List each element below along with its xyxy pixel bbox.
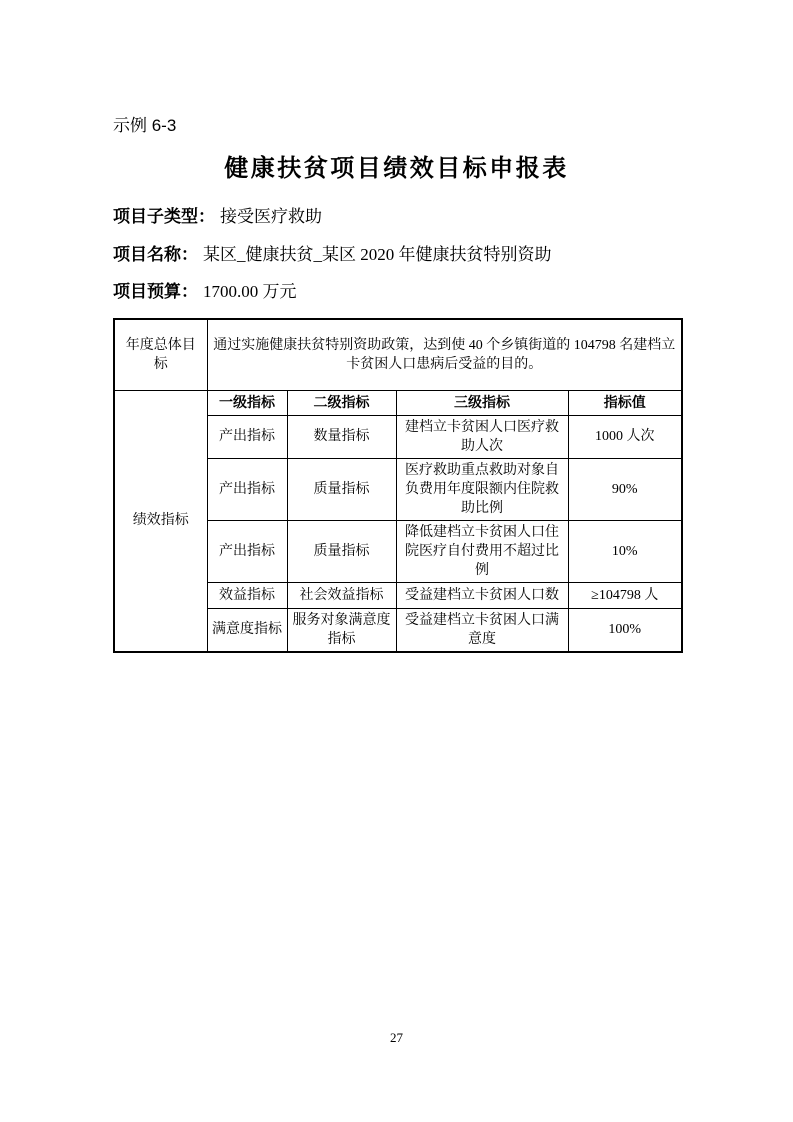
- field-project-name: 项目名称：某区_健康扶贫_某区 2020 年健康扶贫特别资助: [113, 244, 552, 266]
- level1-cell: 满意度指标: [207, 608, 287, 652]
- field-project-subtype: 项目子类型：接受医疗救助: [113, 206, 322, 228]
- annual-goal-label-cell: 年度总体目标: [114, 319, 207, 390]
- level1-cell: 效益指标: [207, 582, 287, 608]
- field-project-subtype-value: 接受医疗救助: [220, 207, 322, 226]
- level2-cell: 社会效益指标: [287, 582, 396, 608]
- level3-cell: 降低建档立卡贫困人口住院医疗自付费用不超过比例: [396, 520, 568, 582]
- performance-target-table: 年度总体目标 通过实施健康扶贫特别资助政策，达到使 40 个乡镇街道的 1047…: [113, 318, 683, 653]
- header-level1: 一级指标: [207, 390, 287, 415]
- level3-cell: 受益建档立卡贫困人口数: [396, 582, 568, 608]
- level2-cell: 质量指标: [287, 458, 396, 520]
- header-value: 指标值: [568, 390, 682, 415]
- header-level3: 三级指标: [396, 390, 568, 415]
- indicator-value-cell: 100%: [568, 608, 682, 652]
- indicator-header-row: 绩效指标 一级指标 二级指标 三级指标 指标值: [114, 390, 682, 415]
- page-title: 健康扶贫项目绩效目标申报表: [0, 154, 793, 184]
- level2-cell: 服务对象满意度指标: [287, 608, 396, 652]
- field-project-budget: 项目预算：1700.00 万元: [113, 281, 297, 303]
- field-project-name-label: 项目名称：: [113, 245, 198, 264]
- level3-cell: 医疗救助重点救助对象自负费用年度限额内住院救助比例: [396, 458, 568, 520]
- indicator-value-cell: ≥104798 人: [568, 582, 682, 608]
- indicator-value-cell: 90%: [568, 458, 682, 520]
- level3-cell: 建档立卡贫困人口医疗救助人次: [396, 415, 568, 458]
- level1-cell: 产出指标: [207, 458, 287, 520]
- indicator-value-cell: 10%: [568, 520, 682, 582]
- example-label: 示例 6-3: [113, 115, 176, 137]
- performance-indicator-label-cell: 绩效指标: [114, 390, 207, 652]
- document-page: 示例 6-3 健康扶贫项目绩效目标申报表 项目子类型：接受医疗救助 项目名称：某…: [0, 0, 793, 1122]
- level1-cell: 产出指标: [207, 520, 287, 582]
- level2-cell: 数量指标: [287, 415, 396, 458]
- level3-cell: 受益建档立卡贫困人口满意度: [396, 608, 568, 652]
- field-project-subtype-label: 项目子类型：: [113, 207, 215, 226]
- field-project-budget-label: 项目预算：: [113, 282, 198, 301]
- indicator-value-cell: 1000 人次: [568, 415, 682, 458]
- page-number: 27: [0, 1030, 793, 1046]
- level2-cell: 质量指标: [287, 520, 396, 582]
- level1-cell: 产出指标: [207, 415, 287, 458]
- field-project-budget-value: 1700.00 万元: [203, 282, 297, 301]
- annual-goal-row: 年度总体目标 通过实施健康扶贫特别资助政策，达到使 40 个乡镇街道的 1047…: [114, 319, 682, 390]
- field-project-name-value: 某区_健康扶贫_某区 2020 年健康扶贫特别资助: [203, 245, 552, 264]
- performance-table-container: 年度总体目标 通过实施健康扶贫特别资助政策，达到使 40 个乡镇街道的 1047…: [113, 318, 681, 653]
- header-level2: 二级指标: [287, 390, 396, 415]
- annual-goal-text-cell: 通过实施健康扶贫特别资助政策，达到使 40 个乡镇街道的 104798 名建档立…: [207, 319, 682, 390]
